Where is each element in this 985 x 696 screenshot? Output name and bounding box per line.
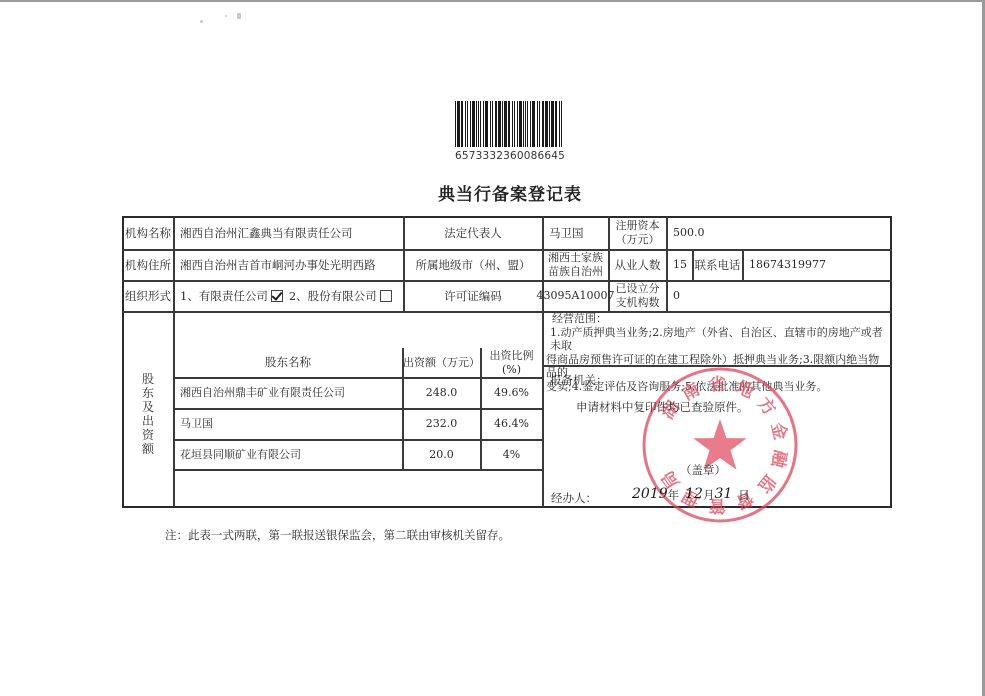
date-year-unit: 年 (668, 488, 680, 502)
handler-label: 经办人： (551, 489, 597, 507)
option-llc-checkbox[interactable] (271, 290, 283, 302)
reg-capital-label-line2: （万元） (616, 233, 660, 247)
org-name-value: 湘西自治州汇鑫典当有限责任公司 (174, 217, 403, 249)
shareholder-ratio: 49.6% (481, 378, 542, 408)
registration-form: 机构名称 湘西自治州汇鑫典当有限责任公司 法定代表人 马卫国 注册资本 （万元）… (0, 0, 985, 696)
employees-label: 从业人数 (609, 250, 666, 280)
shareholders-section-char: 东 (138, 386, 158, 400)
branches-label: 已设立分 支机构数 (609, 281, 666, 311)
shareholder-name-header: 股东名称 (174, 348, 402, 377)
shareholder-amount: 20.0 (403, 440, 480, 469)
reg-capital-value: 500.0 (667, 217, 890, 249)
svg-text:金: 金 (767, 421, 791, 442)
filing-authority-label: 报备机关： (550, 372, 608, 388)
license-label: 许可证编码 (404, 281, 542, 311)
city-value: 湘西土家族 苗族自治州 (543, 250, 608, 280)
legal-rep-label: 法定代表人 (404, 217, 542, 249)
city-value-line2: 苗族自治州 (548, 265, 603, 279)
reg-capital-label: 注册资本 （万元） (609, 217, 666, 249)
shareholder-ratio-header: 出资比例(%) (481, 348, 542, 377)
legal-rep-value: 马卫国 (543, 217, 608, 249)
svg-text:监: 监 (753, 470, 780, 496)
row-divider (173, 469, 542, 471)
seal-label: （盖章） (680, 462, 726, 478)
date-day-unit: 日 (738, 488, 750, 502)
shareholders-section-char: 股 (138, 372, 158, 386)
employees-value: 15 (667, 250, 692, 280)
address-label: 机构住所 (123, 250, 173, 280)
date-day: 31 (714, 486, 732, 504)
shareholder-name: 湘西自治州鼎丰矿业有限责任公司 (174, 378, 402, 408)
verification-note: 申请材料中复印件均已查验原件。 (576, 399, 749, 415)
shareholder-name: 马卫国 (174, 409, 402, 439)
option-joint-stock-label: 2、股份有限公司 (289, 289, 377, 303)
reg-capital-label-line1: 注册资本 (616, 219, 660, 233)
branches-value: 0 (667, 281, 890, 311)
date-year: 2019 (632, 486, 668, 504)
shareholders-section-char: 及 (138, 400, 158, 414)
business-scope-label: 经营范围： (546, 312, 890, 326)
city-label: 所属地级市（州、盟） (404, 250, 542, 280)
address-value: 湘西自治州吉首市峒河办事处光明西路 (174, 250, 403, 280)
shareholder-name: 花垣县同顺矿业有限公司 (174, 440, 402, 469)
shareholders-section-char: 额 (138, 442, 158, 456)
license-value: 43095A10007 (543, 281, 608, 311)
date-month-unit: 月 (703, 488, 715, 502)
shareholder-amount: 232.0 (403, 409, 480, 439)
city-value-line1: 湘西土家族 (548, 251, 603, 265)
date-month: 12 (685, 486, 703, 504)
shareholder-ratio: 46.4% (481, 409, 542, 439)
shareholders-section-label: 股东及出资额 (138, 372, 158, 456)
phone-label: 联系电话 (693, 250, 742, 280)
shareholders-section-char: 资 (138, 428, 158, 442)
shareholder-amount-header: 出资额（万元） (403, 348, 480, 377)
option-joint-stock-checkbox[interactable] (380, 290, 392, 302)
shareholders-section-char: 出 (138, 414, 158, 428)
table-border (890, 216, 892, 507)
filing-date: 2019 年 12 月 31 日 (632, 485, 750, 505)
org-form-options: 1、有限责任公司 2、股份有限公司 (174, 281, 403, 311)
business-scope-line: 1.动产质押典当业务;2.房地产（外省、自治区、直辖市的房地产或者未取 (546, 326, 890, 353)
shareholder-ratio: 4% (481, 440, 542, 469)
org-form-label: 组织形式 (123, 281, 173, 311)
branches-label-line1: 已设立分 (616, 282, 660, 296)
shareholder-amount: 248.0 (403, 378, 480, 408)
phone-value: 18674319977 (743, 250, 890, 280)
option-llc-label: 1、有限责任公司 (180, 289, 268, 303)
svg-text:省: 省 (709, 374, 727, 396)
footnote: 注：此表一式两联，第一联报送银保监会，第二联由审核机关留存。 (165, 527, 510, 543)
svg-text:融: 融 (766, 448, 790, 470)
org-name-label: 机构名称 (123, 217, 173, 249)
branches-label-line2: 支机构数 (616, 296, 660, 310)
svg-text:方: 方 (753, 393, 780, 419)
